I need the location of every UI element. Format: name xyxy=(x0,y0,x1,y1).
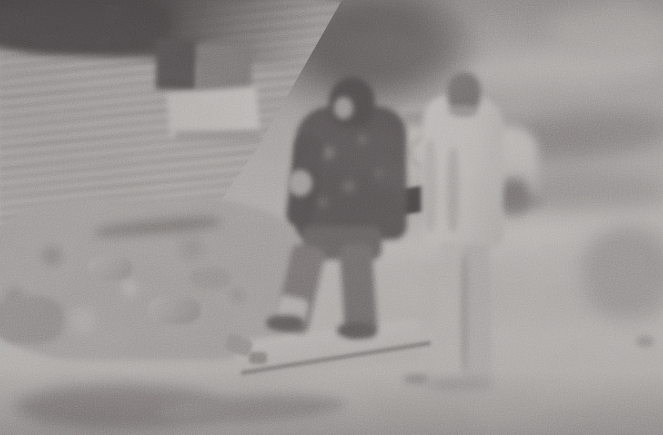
film-grain-overlay xyxy=(0,0,663,435)
photograph xyxy=(0,0,663,435)
